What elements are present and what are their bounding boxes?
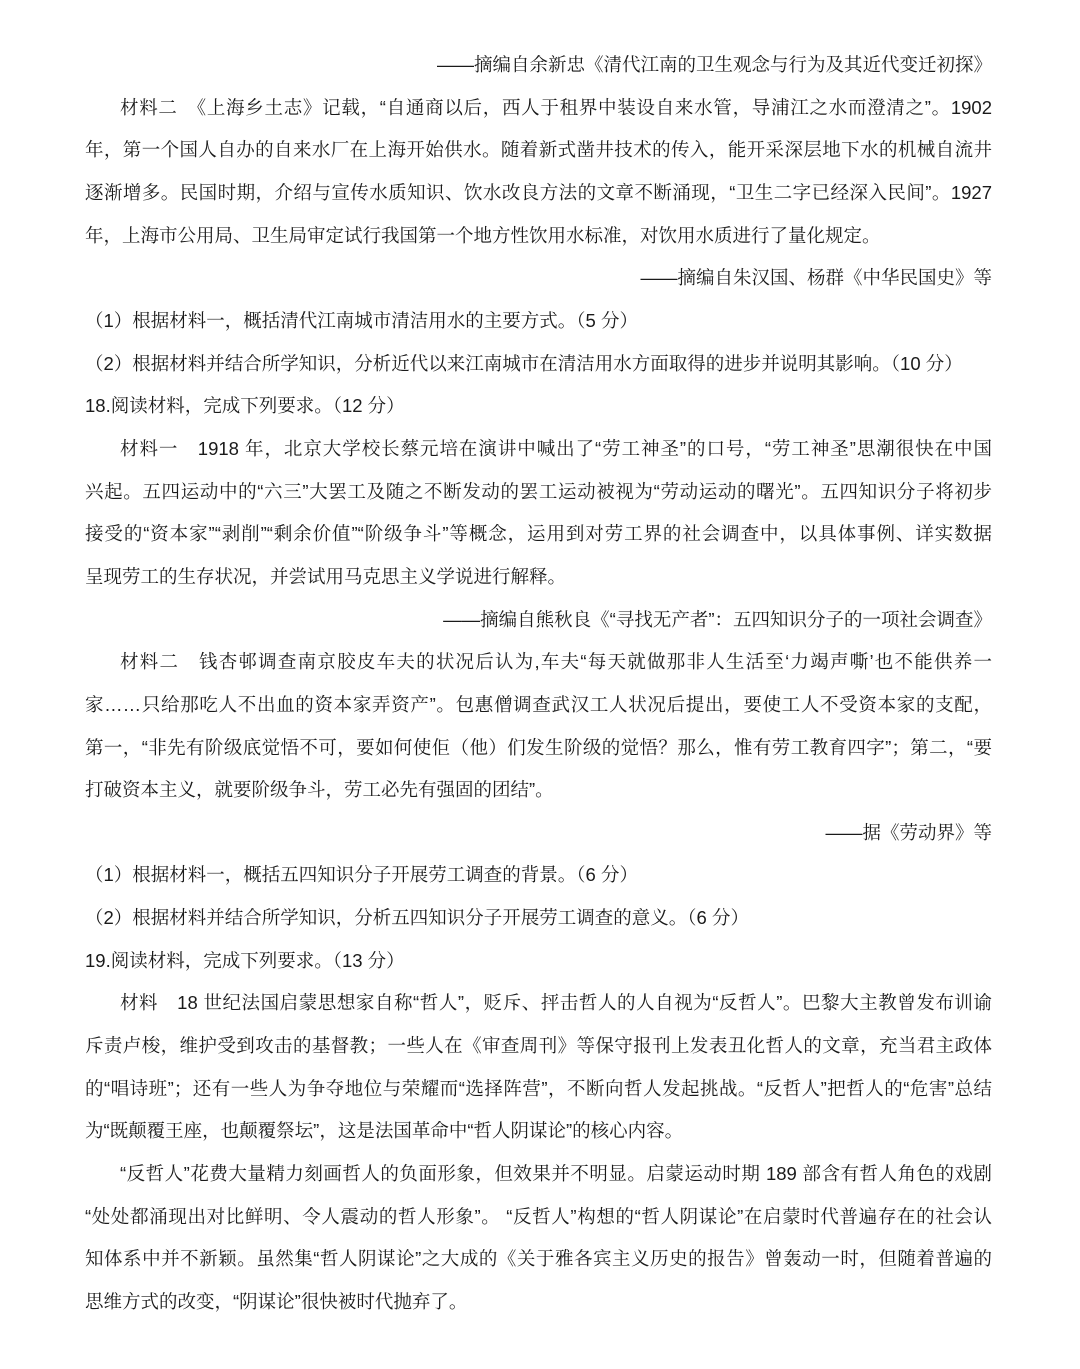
paragraph-line: 第一，“非先有阶级底觉悟不可，要如何使佢（他）们发生阶级的觉悟？那么，惟有劳工教…	[85, 727, 992, 770]
source-attribution: ——据《劳动界》等	[85, 812, 992, 855]
paragraph-line: “反哲人”花费大量精力刻画哲人的负面形象，但效果并不明显。启蒙运动时期 189 …	[85, 1153, 992, 1196]
source-attribution: ——摘编自熊秋良《“寻找无产者”：五四知识分子的一项社会调查》	[85, 599, 992, 642]
paragraph-line: 为“既颠覆王座，也颠覆祭坛”，这是法国革命中“哲人阴谋论”的核心内容。	[85, 1110, 992, 1153]
document-body: ——摘编自余新忠《清代江南的卫生观念与行为及其近代变迁初探》材料二 《上海乡土志…	[85, 44, 992, 1324]
question-number-line: 18.阅读材料，完成下列要求。（12 分）	[85, 385, 992, 428]
paragraph-line: 材料一 1918 年，北京大学校长蔡元培在演讲中喊出了“劳工神圣”的口号，“劳工…	[85, 428, 992, 471]
paragraph-line: 兴起。五四运动中的“六三”大罢工及随之不断发动的罢工运动被视为“劳动运动的曙光”…	[85, 471, 992, 514]
source-attribution: ——摘编自余新忠《清代江南的卫生观念与行为及其近代变迁初探》	[85, 44, 992, 87]
paragraph-line: 材料二 钱杏邨调查南京胶皮车夫的状况后认为,车夫“每天就做那非人生活至‘力竭声嘶…	[85, 641, 992, 684]
sub-question-line: （1）根据材料一，概括清代江南城市清洁用水的主要方式。（5 分）	[85, 300, 992, 343]
paragraph-line: 家……只给那吃人不出血的资本家弄资产”。包惠僧调查武汉工人状况后提出，要使工人不…	[85, 684, 992, 727]
paragraph-line: 呈现劳工的生存状况，并尝试用马克思主义学说进行解释。	[85, 556, 992, 599]
paragraph-line: 接受的“资本家”“剥削”“剩余价值”“阶级争斗”等概念，运用到对劳工界的社会调查…	[85, 513, 992, 556]
paragraph-line: 打破资本主义，就要阶级争斗，劳工必先有强固的团结”。	[85, 769, 992, 812]
paragraph-line: 年，上海市公用局、卫生局审定试行我国第一个地方性饮用水标准，对饮用水质进行了量化…	[85, 215, 992, 258]
sub-question-line: （1）根据材料一，概括五四知识分子开展劳工调查的背景。（6 分）	[85, 854, 992, 897]
question-number-line: 19.阅读材料，完成下列要求。（13 分）	[85, 940, 992, 983]
paragraph-line: 的“唱诗班”；还有一些人为争夺地位与荣耀而“选择阵营”，不断向哲人发起挑战。“反…	[85, 1068, 992, 1111]
paragraph-line: “处处都涌现出对比鲜明、令人震动的哲人形象”。 “反哲人”构想的“哲人阴谋论”在…	[85, 1196, 992, 1239]
paragraph-line: 知体系中并不新颖。虽然集“哲人阴谋论”之大成的《关于雅各宾主义历史的报告》曾轰动…	[85, 1238, 992, 1281]
sub-question-line: （2）根据材料并结合所学知识，分析五四知识分子开展劳工调查的意义。（6 分）	[85, 897, 992, 940]
exam-paper-page: ——摘编自余新忠《清代江南的卫生观念与行为及其近代变迁初探》材料二 《上海乡土志…	[0, 0, 1080, 1369]
paragraph-line: 逐渐增多。民国时期，介绍与宣传水质知识、饮水改良方法的文章不断涌现，“卫生二字已…	[85, 172, 992, 215]
source-attribution: ——摘编自朱汉国、杨群《中华民国史》等	[85, 257, 992, 300]
paragraph-line: 材料 18 世纪法国启蒙思想家自称“哲人”，贬斥、抨击哲人的人自视为“反哲人”。…	[85, 982, 992, 1025]
paragraph-line: 斥责卢梭，维护受到攻击的基督教；一些人在《审查周刊》等保守报刊上发表丑化哲人的文…	[85, 1025, 992, 1068]
sub-question-line: （2）根据材料并结合所学知识，分析近代以来江南城市在清洁用水方面取得的进步并说明…	[85, 343, 992, 386]
paragraph-line: 材料二 《上海乡土志》记载，“自通商以后，西人于租界中装设自来水管，导浦江之水而…	[85, 87, 992, 130]
paragraph-line: 思维方式的改变，“阴谋论”很快被时代抛弃了。	[85, 1281, 992, 1324]
paragraph-line: 年，第一个国人自办的自来水厂在上海开始供水。随着新式凿井技术的传入，能开采深层地…	[85, 129, 992, 172]
